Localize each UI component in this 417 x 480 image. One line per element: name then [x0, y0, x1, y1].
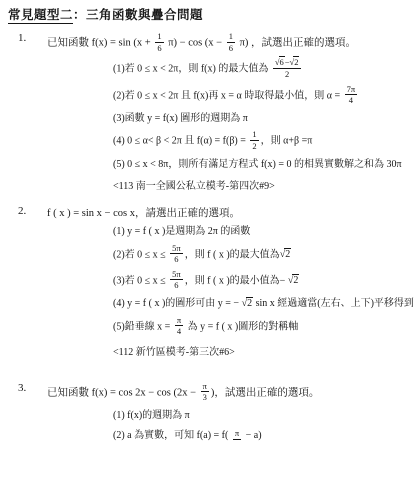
fraction-numerator: 5π: [170, 269, 183, 281]
fraction-denominator: 2: [273, 69, 302, 80]
problems: 1.已知函數 f(x) = sin (x + 16 π) − cos (x − …: [0, 32, 417, 443]
fraction: π4: [175, 315, 183, 337]
sqrt-radicand: 2: [292, 274, 299, 286]
fraction-numerator: π: [233, 428, 241, 440]
problem-number: 2.: [18, 205, 26, 217]
problem-item: (3)函數 y = f(x) 圖形的週期為 π: [113, 111, 417, 127]
fraction-numerator: 1: [155, 31, 163, 43]
sqrt-radicand: 2: [284, 248, 291, 260]
fraction: π: [233, 428, 241, 440]
problem-number: 1.: [18, 32, 26, 44]
problem: 3.已知函數 f(x) = cos 2x − cos (2x − π3)，試選出…: [0, 382, 417, 443]
problem-stem: 已知函數 f(x) = cos 2x − cos (2x − π3)，試選出正確…: [47, 382, 417, 404]
fraction: 16: [227, 31, 235, 53]
problem-item: (2)若 0 ≤ x ≤ 5π6，則 f ( x )的最大值為√2: [113, 244, 417, 266]
sqrt-expression: √6: [275, 57, 285, 67]
fraction-denominator: 6: [170, 280, 183, 291]
problem-source: <113 南一全國公私立模考-第四次#9>: [113, 177, 417, 192]
problem-item: (4) y = f ( x )的圖形可由 y = − √2 sin x 經過適當…: [113, 296, 417, 312]
problem-item: (2)若 0 ≤ x < 2π 且 f(x)再 x = α 時取得最小值，則 α…: [113, 85, 417, 107]
fraction-numerator: 7π: [345, 84, 358, 96]
sqrt-expression: √2: [280, 249, 292, 260]
section-title-label: 常見題型二: [8, 8, 73, 24]
fraction-numerator: π: [175, 315, 183, 327]
problem-item: (1) y = f ( x )是週期為 2π 的函數: [113, 224, 417, 240]
sqrt-expression: √2: [242, 298, 254, 309]
problem-number: 3.: [18, 382, 26, 394]
fraction: 12: [250, 129, 258, 151]
sqrt-radicand: 6: [279, 56, 285, 67]
problem-item: (5) 0 ≤ x < 8π，則所有滿足方程式 f(x) = 0 的相異實數解之…: [113, 157, 417, 173]
problem-item: (1)若 0 ≤ x < 2π，則 f(x) 的最大值為 √6−√22: [113, 58, 417, 80]
sqrt-expression: √2: [288, 275, 300, 286]
problem-item: (5)鉛垂線 x = π4 為 y = f ( x )圖形的對稱軸: [113, 316, 417, 338]
problem-item: (4) 0 ≤ α< β < 2π 且 f(α) = f(β) = 12，則 α…: [113, 130, 417, 152]
problem: 1.已知函數 f(x) = sin (x + 16 π) − cos (x − …: [0, 32, 417, 192]
document-page: 常見題型二：三角函數與疊合問題 1.已知函數 f(x) = sin (x + 1…: [0, 0, 417, 480]
fraction-numerator: π: [201, 381, 209, 393]
problem-item: (1) f(x)的週期為 π: [113, 408, 417, 424]
problem-stem: 已知函數 f(x) = sin (x + 16 π) − cos (x − 16…: [47, 32, 417, 54]
fraction: π3: [201, 381, 209, 403]
problem-item: (2) a 為實數，可知 f(a) = f( π − a): [113, 428, 417, 444]
fraction-denominator: 6: [155, 43, 163, 54]
problem-source: <112 新竹區模考-第三次#6>: [113, 343, 417, 358]
fraction-numerator: 1: [227, 31, 235, 43]
fraction: √6−√22: [273, 57, 302, 79]
sqrt-radicand: 2: [246, 297, 253, 309]
sqrt-expression: √2: [290, 57, 300, 67]
fraction-numerator: √6−√2: [273, 57, 302, 69]
fraction-numerator: 1: [250, 129, 258, 141]
fraction-denominator: 2: [250, 141, 258, 152]
problem-stem: f ( x ) = sin x − cos x，請選出正確的選項。: [47, 205, 417, 220]
section-title-rest: ：三角函數與疊合問題: [73, 8, 203, 22]
fraction: 5π6: [170, 269, 183, 291]
problem-item: (3)若 0 ≤ x ≤ 5π6，則 f ( x )的最小值為− √2: [113, 270, 417, 292]
fraction-denominator: 4: [175, 326, 183, 337]
fraction-denominator: 4: [345, 95, 358, 106]
section-title: 常見題型二：三角函數與疊合問題: [8, 5, 417, 23]
fraction-denominator: 6: [227, 43, 235, 54]
fraction-denominator: 6: [170, 254, 183, 265]
fraction: 5π6: [170, 243, 183, 265]
sqrt-radicand: 2: [293, 56, 299, 67]
fraction-denominator: 3: [201, 392, 209, 403]
fraction-numerator: 5π: [170, 243, 183, 255]
fraction: 7π4: [345, 84, 358, 106]
problem: 2.f ( x ) = sin x − cos x，請選出正確的選項。(1) y…: [0, 205, 417, 358]
fraction: 16: [155, 31, 163, 53]
